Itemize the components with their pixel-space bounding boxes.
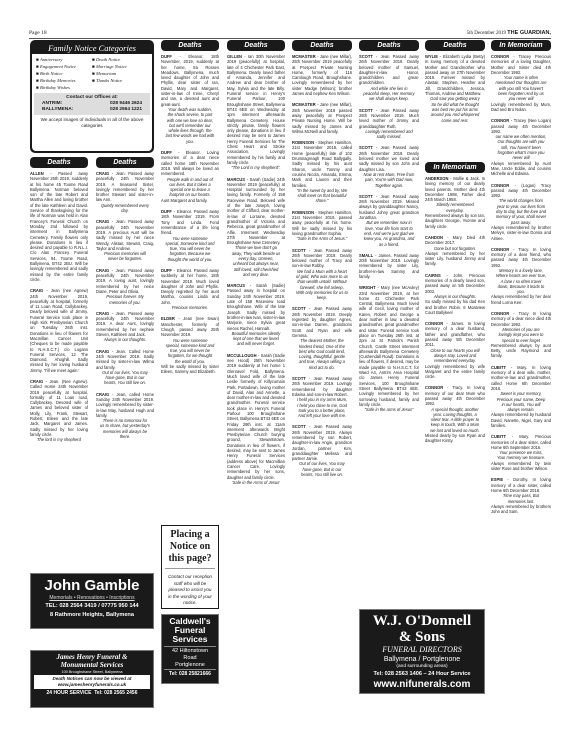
deceased-name: CUBITT (491, 365, 506, 370)
deceased-name: MCMASTER (292, 54, 316, 59)
contact-offices: Contact our Offices at: ANTRIM:028 9446 … (34, 93, 150, 115)
deceased-name: CRAIG (96, 171, 109, 176)
column-deaths-4: Deaths GILLEN - Ian 30th November 2019 (… (227, 40, 285, 491)
column-deaths-1: Deaths ALLEN - Passed away November 26th… (30, 157, 88, 449)
notice-entry: DUFF - Eleanor. Loving memories of a dea… (161, 150, 219, 203)
deceased-name: SCOTT (292, 376, 306, 381)
notice-verse: Silently remembered everyday. (425, 202, 485, 213)
notice-verse: People walk in and out of our lives. But… (161, 177, 219, 198)
ballymena-phone: 028 2564 1221 (110, 107, 142, 113)
notice-verse: I held you in my arms Mum, I held you cl… (292, 397, 352, 418)
column-deaths-2: Deaths CRAIG - Jean. Passed away peacefu… (96, 157, 154, 445)
deceased-name: CRAIG (30, 379, 43, 384)
category-item: Memoriam (92, 70, 148, 77)
notice-verse: "Safe in the Arms of Jesus." (292, 236, 352, 241)
notice-verse: Out of our lives, You may have gone, But… (96, 370, 154, 386)
deceased-name: DUFF (161, 209, 172, 214)
notice-text: - Jean (nee Agnew) 24th November 2019, p… (30, 288, 88, 372)
notice-text: - Eleanor, 18th November, 2019, suddenly… (161, 54, 219, 107)
wj-odonnell-ad: W.J. O'Donnell & Sons FUNERAL DIRECTORS … (359, 609, 485, 694)
notice-signoff: Aunt Margaret and family. (161, 198, 219, 203)
notice-signoff: Always remembered by Aunt Mae, Uncle Edd… (491, 161, 551, 177)
notice-signoff: Remembered always by aunt Betty, uncle R… (491, 343, 551, 359)
page-header: Page 18 5th December 2019 THE GUARDIAN, (29, 30, 551, 38)
notice-entry: GILLEN - Ian 30th November 2019 (peacefu… (227, 54, 285, 171)
deceased-name: SCOTT (359, 194, 373, 199)
notice-entry: SCOTT - Jean Passed away 26th November 2… (292, 306, 352, 370)
notice-entry: CRAIG - Jean. Passed away peacefully 24t… (96, 268, 154, 305)
deceased-name: CONNOR (491, 183, 509, 188)
notice-verse: Lovingly remembered and sadly missed. (359, 129, 419, 140)
notice-verse: The world changes from year to year, our… (491, 198, 551, 224)
notice-verse: Out of our lives, You may have gone, But… (292, 461, 352, 477)
notice-verse: We had a Mum with a heart of gold, Who w… (292, 269, 352, 301)
notice-verse: You were someone special, someone kind a… (161, 338, 219, 364)
notice-verse: Your presence we miss, Your memory we tr… (491, 450, 551, 461)
notice-text: - Jane (nee Millar), 25th November 2019 … (292, 102, 352, 133)
deceased-name: CONNOR (425, 385, 443, 390)
notice-verse: Precious forever. My memories of you. (96, 294, 154, 305)
james-henry-ad: James Henry Funeral & Monumental Service… (30, 650, 154, 708)
deceased-name: CRAIG (96, 349, 109, 354)
issue-date: 5th December 2019 THE GUARDIAN, (467, 30, 551, 36)
section-header: Deaths (359, 40, 419, 51)
notice-signoff: So sadly missed by his dad Ken and broth… (425, 299, 485, 315)
notice-verse: Now at rest Mum, Free from pain, You're … (359, 172, 419, 188)
notice-text: - Passed away November 26th 2019, sudden… (30, 171, 88, 282)
james-henry-website: www.jameshenryfunerals.co.uk (35, 682, 149, 688)
notice-signoff: Always remembered by her dear friend Lor… (491, 294, 551, 305)
column-deaths-7: Deaths WYLIE - Elizabeth Lydia (Betty) I… (425, 40, 485, 129)
deceased-name: CRAIG (96, 268, 109, 273)
notice-entry: CONNOR - James. In loving memory of a de… (425, 321, 485, 379)
notice-entry: CRAIG - Jean. Passed away peacefully 24t… (96, 171, 154, 213)
deceased-name: MCCULLOUGH (227, 353, 257, 358)
notice-entry: CRAIG - Jean. Passed away peacefully 24t… (96, 219, 154, 261)
notice-verse: The lord is my shepherd (30, 437, 88, 442)
caldwell-phone: Tel: 028 25821666 (164, 669, 216, 678)
family-notice-categories: Family Notice Categories Anniversary Dea… (30, 40, 154, 153)
deceased-name: CRAIG (30, 288, 43, 293)
notice-verse: Quietly remembered every day. (96, 203, 154, 214)
deceased-name: SCOTT (359, 54, 373, 59)
notice-signoff: Always remembered by her sister Lily, hu… (425, 251, 485, 267)
deceased-name: CONNOR (491, 311, 509, 316)
notice-entry: CAIRNS - John. Precious memories of a de… (425, 273, 485, 315)
notice-verse: Always in our thoughts. (96, 337, 154, 342)
column-deaths-3: Deaths DUFF - Eleanor, 18th November, 20… (161, 40, 219, 381)
notice-verse: Memory is a lovely lane, Where hearts ar… (491, 268, 551, 294)
notice-text: - Jean. Passed away peacefully 24th Nove… (96, 171, 154, 202)
section-header: Deaths (292, 40, 352, 51)
notice-entry: CONNOR - (Logan) Tracy passed away 4th D… (491, 183, 551, 241)
deceased-name: WYLIE (425, 54, 438, 59)
notice-entry: CONNOR - Tracy. In loving memory of a de… (491, 247, 551, 305)
notice-entry: CRAIG - Jean. (Nee Agnew). Called Home 2… (30, 379, 88, 443)
notice-verse: 'Safe in the Arms of Jesus' (227, 480, 285, 485)
notice-text: - Jean Passed away 26th November 2019. A… (292, 424, 352, 461)
notice-verse: "In the sweet by and by, We shall meet o… (292, 188, 352, 204)
notice-entry: SCOTT - Jean Passed away 26th November 2… (359, 194, 419, 247)
notice-entry: SCOTT - Jean Passed away 26th November 2… (359, 145, 419, 187)
notice-entry: MARCUS - Sarah (Sadie) 24th November 201… (227, 177, 285, 278)
deceased-name: ALLEN (30, 171, 44, 176)
notice-entry: ALLEN - Passed away November 26th 2019, … (30, 171, 88, 282)
section-header: In Memoriam (425, 162, 485, 173)
category-item: Birthday Wishes (36, 84, 92, 91)
notice-entry: SCOTT - Jean Passed away 26th November 2… (359, 54, 419, 102)
notice-entry: CUBITT - Mary. In loving memory of a dea… (491, 365, 551, 429)
column-deaths-6: Deaths SCOTT - Jean Passed away 26th Nov… (359, 40, 419, 418)
category-item: Death Notice (92, 56, 148, 63)
notice-entry: MCMASTER - Jane (nee Millar), 25th Novem… (292, 102, 352, 134)
notice-text: - Jean. (Nee Agnew). Called Home 24th No… (30, 379, 88, 437)
notice-verse: Memories of you are lovingly kept you we… (491, 327, 551, 343)
notice-verse: Your death was sudden, the shock severe,… (161, 107, 219, 144)
notice-entry: CRAIG - Jean (nee Agnew) 24th November 2… (30, 288, 88, 373)
notice-verse: "Safe in the arms of Jesus" (359, 407, 419, 412)
notice-entry: ANDERSON - Mollie & Jack. In loving memo… (425, 176, 485, 229)
notice-entry: SMALL - James. Passed away 20th November… (359, 253, 419, 279)
deceased-name: ELDER (161, 316, 175, 321)
notice-entry: ROBINSON - Stephen Hamilton, 21st Novemb… (292, 140, 352, 204)
deceased-name: DUFF (161, 54, 172, 59)
notice-text: - Sarah (Sadie nee Hood) 25th November 2… (227, 353, 285, 480)
deceased-name: CONNOR (491, 247, 509, 252)
deceased-name: ANDERSON (425, 176, 448, 181)
notice-text: - Stephen Hamilton, 21st November 2019, … (292, 140, 352, 187)
wjo-website: www.nifunerals.com (363, 679, 481, 691)
placing-body: Contact our reception staff who will be … (165, 574, 215, 607)
notice-entry: CONNOR - Tracy. In loving memory of our … (425, 385, 485, 443)
notice-verse: A special thought, another year. Loving … (425, 407, 485, 433)
header-rule (29, 38, 551, 39)
notice-entry: ROBINSON - Stephen Hamilton, 21st Novemb… (292, 210, 352, 242)
notice-entry: DUFF - Eleanor. Passed away suddenly at … (161, 268, 219, 310)
category-item: Anniversary (36, 56, 92, 63)
notice-entry: CONNOR - Tracey Precious memories of a l… (491, 54, 551, 112)
notice-signoff: Always remembered by brothers John and S… (491, 504, 551, 515)
notice-verse: Precious memories. (161, 305, 219, 310)
notice-verse: God saw you getting weary So he did what… (425, 96, 485, 122)
notice-text: - Elizabeth Lydia (Betty) In loving memo… (425, 54, 485, 96)
gamble-phone: TEL: 028 2564 3419 / 07775 950 144 (34, 602, 150, 611)
notice-text: - Eleanor. Passed away suddenly at her h… (161, 268, 219, 305)
notice-entry: CUBITT - Mary. Precious memories of a de… (491, 434, 551, 471)
notice-entry: DUFF - Eleanor. Passed away 18th Novembe… (161, 209, 219, 262)
notice-entry: ELDER - Jean (nee Swan) Manchester, form… (161, 316, 219, 374)
notice-entry: MCCULLOUGH - Sarah (Sadie nee Hood) 25th… (227, 353, 285, 485)
column-deaths-5: Deaths MCMASTER - Jane (nee Millar), 25t… (292, 40, 352, 483)
notice-signoff: Will be sadly missed by sister Eileen, S… (161, 364, 219, 375)
section-header: Deaths (96, 157, 154, 168)
deceased-name: CUBITT (491, 434, 506, 439)
section-header: Deaths (425, 40, 485, 51)
notice-entry: MCMASTER - Jane (nee Millar), 25th Novem… (292, 54, 352, 96)
notice-entry: CONNOR - Tracey (Nee Logan) passed away … (491, 118, 551, 176)
notice-text: - Jean Passed away 26th November 2019. D… (292, 306, 352, 337)
notice-signoff: Always remembered by twin sister Rose an… (491, 461, 551, 472)
notice-entry: MARCUS - Sarah (Sadie) Passed away in ho… (227, 283, 285, 347)
notice-verse: But we remember now in love, Your life f… (359, 220, 419, 246)
accept-images-note: We accept images of individuals in all o… (36, 117, 148, 129)
deceased-name: CONNOR (425, 321, 443, 326)
notice-text: - Jane (nee Millar), 25th November 2019 … (292, 54, 352, 96)
notice-entry: CRAIG - Jean, called Home Sunday 24th No… (96, 392, 154, 440)
notice-verse: You were someone special, Someone kind a… (161, 236, 219, 262)
notice-entry: CONNOR - Tracy In loving memory of a dea… (491, 311, 551, 359)
deceased-name: SCOTT (292, 424, 306, 429)
notice-verse: "The Lord is my shepherd". (227, 165, 285, 170)
category-item: Birthday Memories (36, 77, 92, 84)
section-header: Deaths (227, 40, 285, 51)
notice-text: - Ian 30th November 2019 (peacefully) at… (227, 54, 285, 165)
notice-entry: DUFF - Eleanor, 18th November, 2019, sud… (161, 54, 219, 144)
notice-entry: CRAIG - Jean. Passed away peacefully 24t… (96, 311, 154, 343)
caldwell-funeral-ad: Caldwell's Funeral Services 42 Hiltonsto… (161, 614, 219, 684)
deceased-name: SMALL (359, 253, 373, 258)
category-item: Engagement Notice (36, 63, 92, 70)
notice-entry: SCOTT - Jean Passed away 26th November 2… (359, 108, 419, 140)
notice-verse: Those we love don't go away, They walk b… (227, 245, 285, 277)
deceased-name: CRAIG (96, 311, 109, 316)
deceased-name: CRAIG (96, 392, 109, 397)
notice-entry: CAHDON - Mary. Died 4th December 2017.Go… (425, 235, 485, 267)
section-header: Deaths (161, 40, 219, 51)
notice-verse: Sweet is your memory, Precious your name… (491, 391, 551, 412)
fnc-title: Family Notice Categories (32, 42, 152, 54)
notice-entry: WRIGHT - Mary (nee McAuley) 23rd Novembe… (359, 285, 419, 412)
deceased-name: CRAIG (96, 219, 109, 224)
notice-text: - Sarah (Sadie) 24th November 2019 (peac… (227, 177, 285, 246)
deceased-name: CONNOR (491, 118, 509, 123)
notice-entry: ESPIE - Dorothy. In loving memory of a d… (491, 477, 551, 514)
notice-entry: WYLIE - Elizabeth Lydia (Betty) In lovin… (425, 54, 485, 123)
deceased-name: ROBINSON (292, 140, 314, 145)
deceased-name: CAIRNS (425, 273, 441, 278)
notice-signoff: Always remembered by husband David, Nane… (491, 412, 551, 428)
deceased-name: WRIGHT (359, 285, 376, 290)
deceased-name: SCOTT (359, 145, 373, 150)
deceased-name: DUFF (161, 150, 172, 155)
notice-entry: CRAIG - Jean. Called Home 24th November … (96, 349, 154, 386)
column-memoriam-1: In Memoriam ANDERSON - Mollie & Jack. In… (425, 162, 485, 450)
deceased-name: MCMASTER (292, 102, 316, 107)
placing-title: Placing a Notice on this page? (165, 529, 215, 569)
notice-verse: Beautiful memories silently kept of one … (227, 331, 285, 347)
category-item: Marriage Notice (92, 63, 148, 70)
notice-verse: Close to our hearts you will always stay… (425, 348, 485, 364)
deceased-name: CONNOR (491, 54, 509, 59)
deceased-name: ROBINSON (292, 210, 314, 215)
deceased-name: GILLEN (227, 54, 242, 59)
deceased-name: DUFF (161, 268, 172, 273)
notice-verse: There is no tomorrow for us to share, bu… (96, 418, 154, 439)
wjo-phone: Tel: 028 2563 1406 – 24 Hour Service (363, 670, 481, 679)
notice-entry: SCOTT - Jean Passed away 26th November 2… (292, 376, 352, 418)
column-memoriam-2: In Memoriam CONNOR - Tracey Precious mem… (491, 40, 551, 520)
james-henry-phone: 24 HOUR SERVICE Tel: 028 2565 2456 (33, 689, 151, 698)
deceased-name: SCOTT (359, 108, 373, 113)
notice-text: - Jean. Passed away peacefully 24th Nove… (96, 219, 154, 250)
section-header: In Memoriam (491, 40, 551, 51)
notice-verse: Your name is often mentioned Our thought… (491, 75, 551, 101)
notice-entry: SCOTT - Jean Passed away 26th November 2… (292, 248, 352, 301)
deceased-name: SCOTT (292, 306, 306, 311)
notice-verse: And while she lies in peaceful sleep, He… (359, 86, 419, 102)
page-number: Page 18 (29, 30, 47, 36)
notice-text: - Jean Passed away 26th November 2019. D… (359, 54, 419, 85)
notice-signoff: Remembered always by son Ian, daughters … (425, 213, 485, 229)
notice-verse: Precious memories will never be forgotte… (96, 251, 154, 262)
notice-signoff: Lovingly remembered by Mum, Dad and Bro … (491, 102, 551, 113)
notice-text: - Mary (nee McAuley) 23rd November 2019,… (359, 285, 419, 407)
deceased-name: MARCUS (227, 283, 245, 288)
notice-signoff: Lovingly remembered by wife Margaret and… (425, 364, 485, 380)
section-header: Deaths (30, 157, 88, 168)
category-item: Thanks Notice (92, 77, 148, 84)
john-gamble-ad: John Gamble Memorials • Renovations • In… (30, 573, 154, 629)
notice-signoff: Missed dearly by son Ryan and daughter K… (425, 433, 485, 444)
deceased-name: SCOTT (292, 248, 306, 253)
deceased-name: ESPIE (491, 477, 503, 482)
category-item: Birth Notice (36, 70, 92, 77)
deceased-name: CAHDON (425, 235, 443, 240)
notice-text: - Sarah (Sadie) Passed away in hospital … (227, 283, 285, 330)
notice-verse: our name we often mention, Our thoughts … (491, 134, 551, 160)
notice-verse: The dearest Mother, the kindest friend, … (292, 338, 352, 370)
placing-notice-box: Placing a Notice on this page? Contact o… (161, 525, 219, 609)
notice-verse: Time may pass, But memories last. (491, 493, 551, 504)
category-list: Anniversary Death Notice Engagement Noti… (36, 56, 148, 91)
deceased-name: MARCUS (227, 177, 245, 182)
notice-entry: SCOTT - Jean Passed away 26th November 2… (292, 424, 352, 477)
notice-signoff: Always remembered by brother Melvyn, sis… (491, 225, 551, 241)
